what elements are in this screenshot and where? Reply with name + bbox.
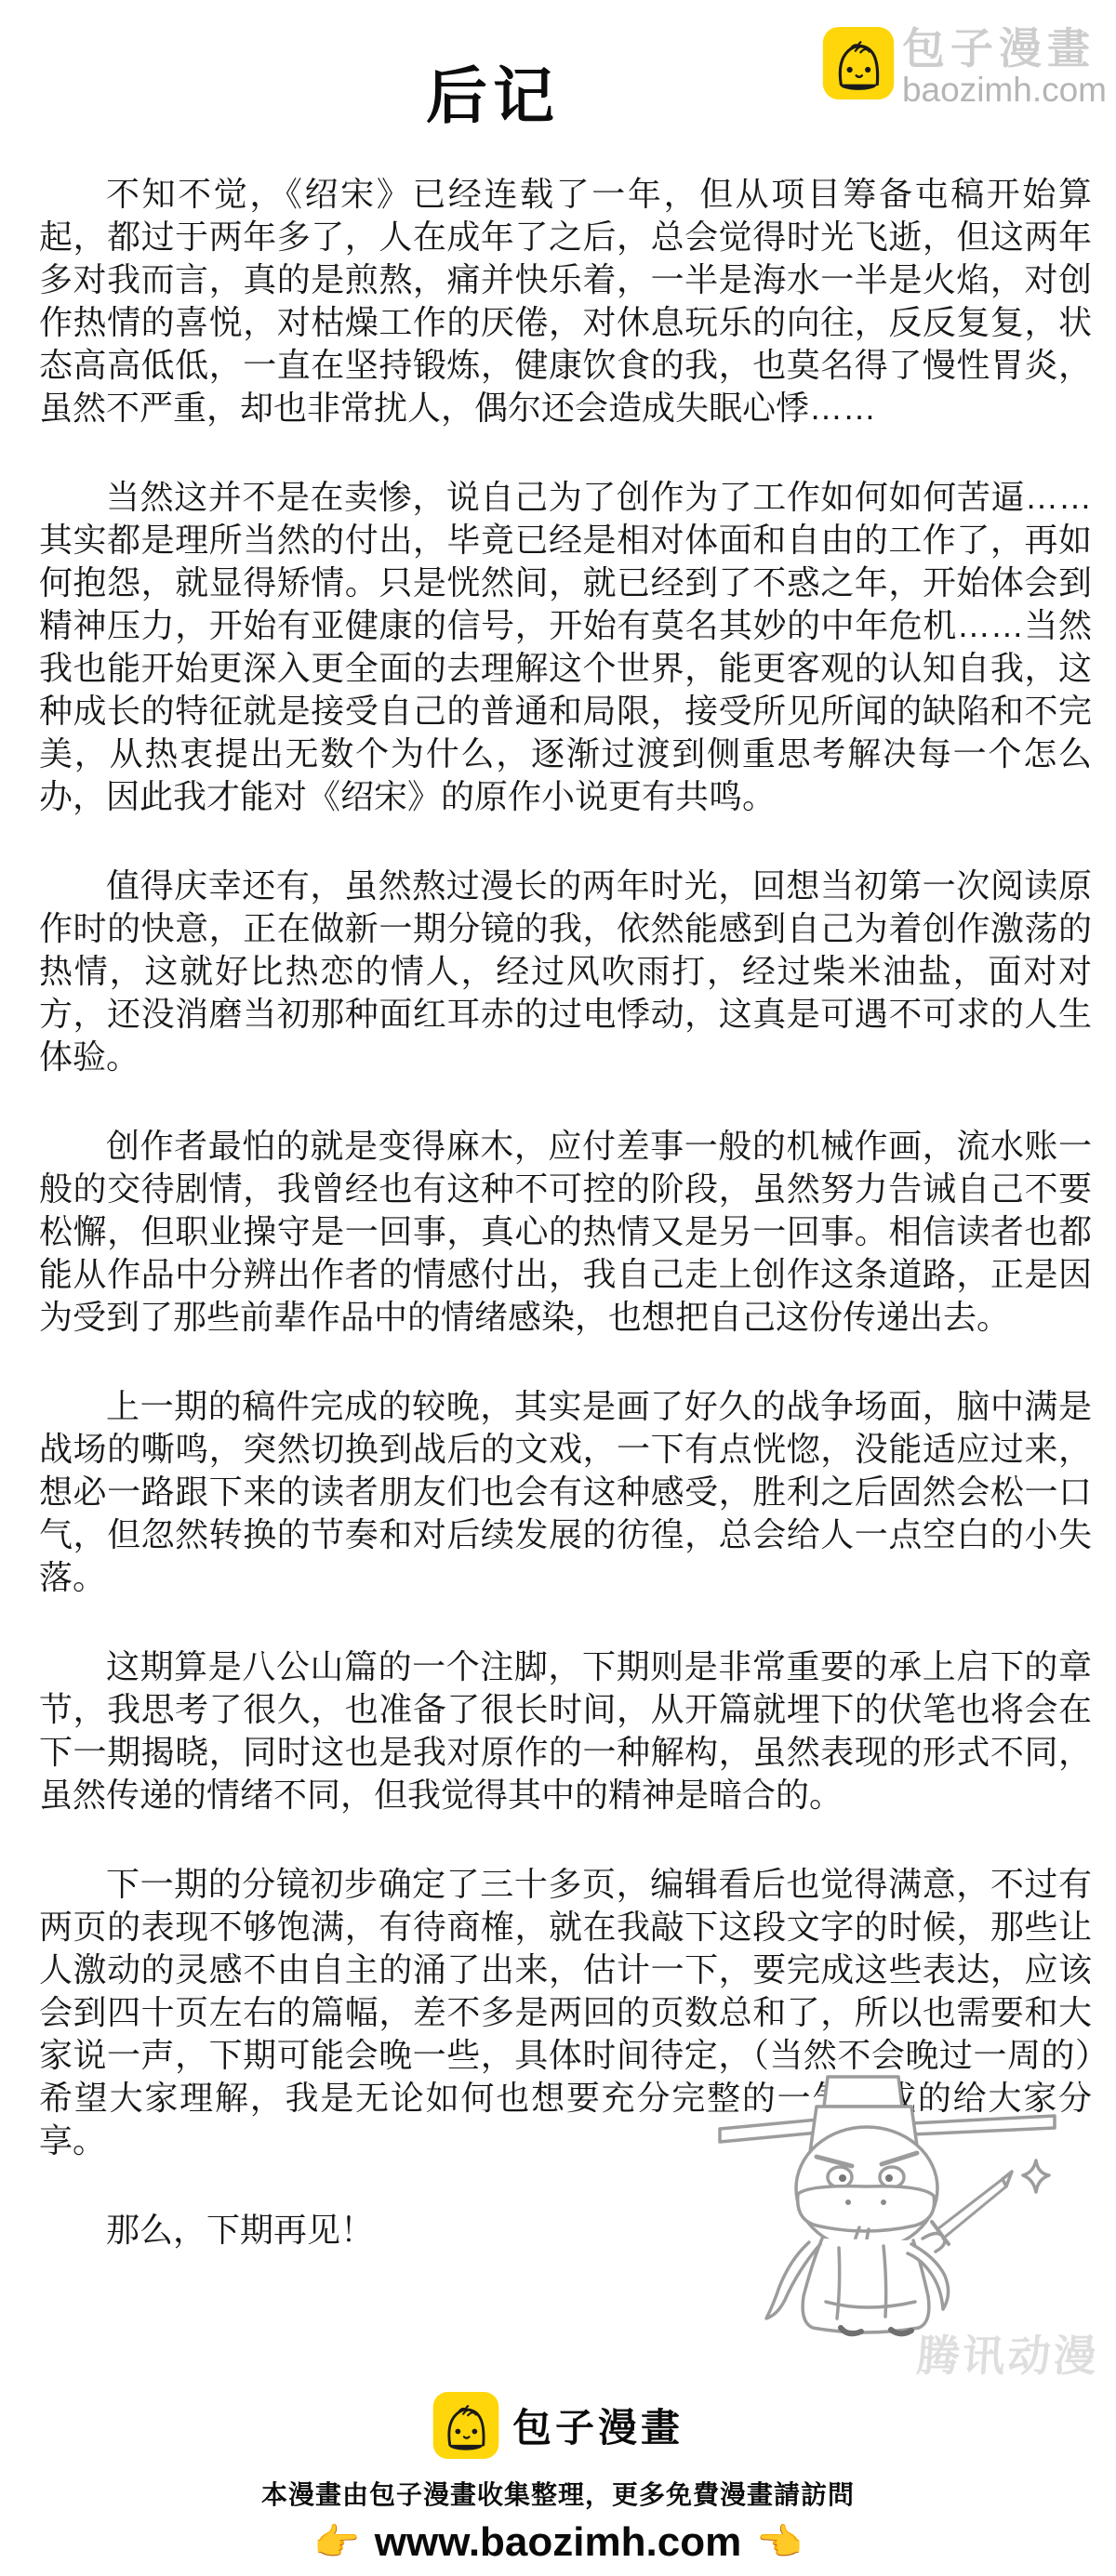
page-title: 后记 (0, 46, 986, 135)
paragraph-4: 创作者最怕的就是变得麻木，应付差事一般的机械作画，流水账一般的交待剧情，我曾经也… (39, 1125, 1092, 1339)
footer-notice: 本漫畫由包子漫畫收集整理，更多免費漫畫請訪問 (0, 2475, 1116, 2512)
paragraph-1: 不知不觉，《绍宋》已经连载了一年，但从项目筹备屯稿开始算起，都过于两年多了，人在… (39, 173, 1092, 429)
pointing-left-icon: 👈 (756, 2524, 803, 2561)
footer: 包子漫畫 本漫畫由包子漫畫收集整理，更多免費漫畫請訪問 👉 www.baozim… (0, 2391, 1116, 2566)
footer-url-row[interactable]: 👉 www.baozimh.com 👈 (0, 2519, 1116, 2566)
tencent-comics-watermark: 腾讯动漫 (915, 2322, 1102, 2384)
paragraph-5: 上一期的稿件完成的较晚，其实是画了好久的战争场面，脑中满是战场的嘶鸣，突然切换到… (39, 1385, 1092, 1599)
paragraph-6: 这期算是八公山篇的一个注脚，下期则是非常重要的承上启下的章节，我思考了很久，也准… (39, 1645, 1092, 1816)
paragraph-2: 当然这并不是在卖惨，说自己为了创作为了工作如何如何苦逼……其实都是理所当然的付出… (39, 476, 1092, 818)
afterword-page: 包子漫畫 baozimh.com 后记 不知不觉，《绍宋》已经连载了一年，但从项… (0, 0, 1116, 2576)
footer-brand-name: 包子漫畫 (512, 2398, 684, 2453)
footer-brand[interactable]: 包子漫畫 (0, 2391, 1116, 2460)
duck-mascot-sketch (709, 2075, 1067, 2349)
footer-url[interactable]: www.baozimh.com (375, 2519, 741, 2566)
afterword-body: 不知不觉，《绍宋》已经连载了一年，但从项目筹备屯稿开始算起，都过于两年多了，人在… (39, 173, 1092, 2252)
paragraph-3: 值得庆幸还有，虽然熬过漫长的两年时光，回想当初第一次阅读原作时的快意，正在做新一… (39, 865, 1092, 1078)
baozi-logo-icon-footer (432, 2391, 499, 2460)
pointing-right-icon: 👉 (313, 2524, 360, 2561)
